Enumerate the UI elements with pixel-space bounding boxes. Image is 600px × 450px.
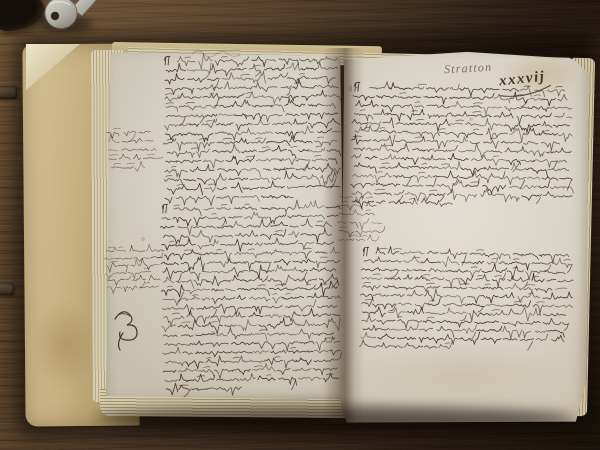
faint-crossed-out-word — [190, 45, 244, 59]
book-bottom-shadow — [96, 406, 574, 430]
right-page-paragraph-2 — [358, 247, 574, 354]
left-page-paragraph-1 — [161, 53, 343, 207]
key-bow — [45, 0, 77, 29]
left-page-margin-note-2 — [103, 245, 166, 292]
page-heading: Stratton — [444, 60, 493, 78]
left-page-paragraph-2 — [159, 201, 344, 396]
table-metal-fitting — [0, 283, 14, 296]
cover-stain — [30, 300, 100, 390]
right-page-margin-note — [336, 191, 389, 245]
foxing-spots — [0, 0, 2, 2]
photograph-of-open-manuscript: Stratton xxxvij ij + — [0, 0, 600, 450]
key-hole — [51, 12, 59, 20]
left-page-margin-note-1 — [106, 125, 165, 174]
quire-mark: ij + — [348, 83, 360, 92]
paraph-flourish-mark — [106, 306, 142, 352]
